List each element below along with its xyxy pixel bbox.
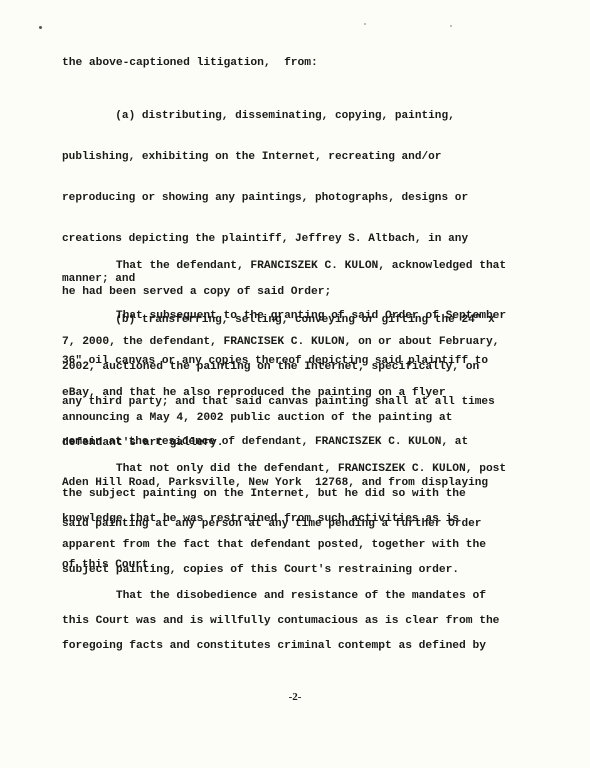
paragraph-line: That not only did the defendant, FRANCIS… <box>62 463 506 475</box>
document-page: the above-captioned litigation, from: (a… <box>0 0 590 768</box>
clause-line: manner; and <box>62 273 495 287</box>
opening-line: the above-captioned litigation, from: <box>62 57 318 69</box>
clause-line: creations depicting the plaintiff, Jeffr… <box>62 233 495 247</box>
paragraph-line: 7, 2000, the defendant, FRANCISEK C. KUL… <box>62 336 499 348</box>
scan-speck <box>364 23 366 25</box>
paragraph-line: this Court was and is willfully contumac… <box>62 615 499 627</box>
paragraph-line: the subject painting on the Internet, bu… <box>62 488 466 500</box>
paragraph-line: That the disobedience and resistance of … <box>62 590 486 602</box>
paragraph-line: That the defendant, FRANCISZEK C. KULON,… <box>62 260 506 272</box>
scan-speck <box>39 26 42 29</box>
paragraph-line: foregoing facts and constitutes criminal… <box>62 640 486 652</box>
paragraph-line: That subsequent to the granting of said … <box>62 310 506 322</box>
paragraph-line: he had been served a copy of said Order; <box>62 286 331 298</box>
clause-line: publishing, exhibiting on the Internet, … <box>62 151 495 165</box>
paragraph-line: defendant's art gallery. <box>62 437 224 449</box>
paragraph-line: apparent from the fact that defendant po… <box>62 539 486 551</box>
scan-speck <box>450 25 452 27</box>
paragraph-line: subject painting, copies of this Court's… <box>62 564 459 576</box>
paragraph-line: eBay, and that he also reproduced the pa… <box>62 387 446 399</box>
clause-line: reproducing or showing any paintings, ph… <box>62 192 495 206</box>
paragraph-line: announcing a May 4, 2002 public auction … <box>62 412 452 424</box>
paragraph-line: 2002, auctioned the painting on the Inte… <box>62 361 479 373</box>
paragraph-line: knowledge that he was restrained from su… <box>62 513 459 525</box>
clause-line: (a) distributing, disseminating, copying… <box>62 110 495 124</box>
page-number: -2- <box>0 691 590 703</box>
